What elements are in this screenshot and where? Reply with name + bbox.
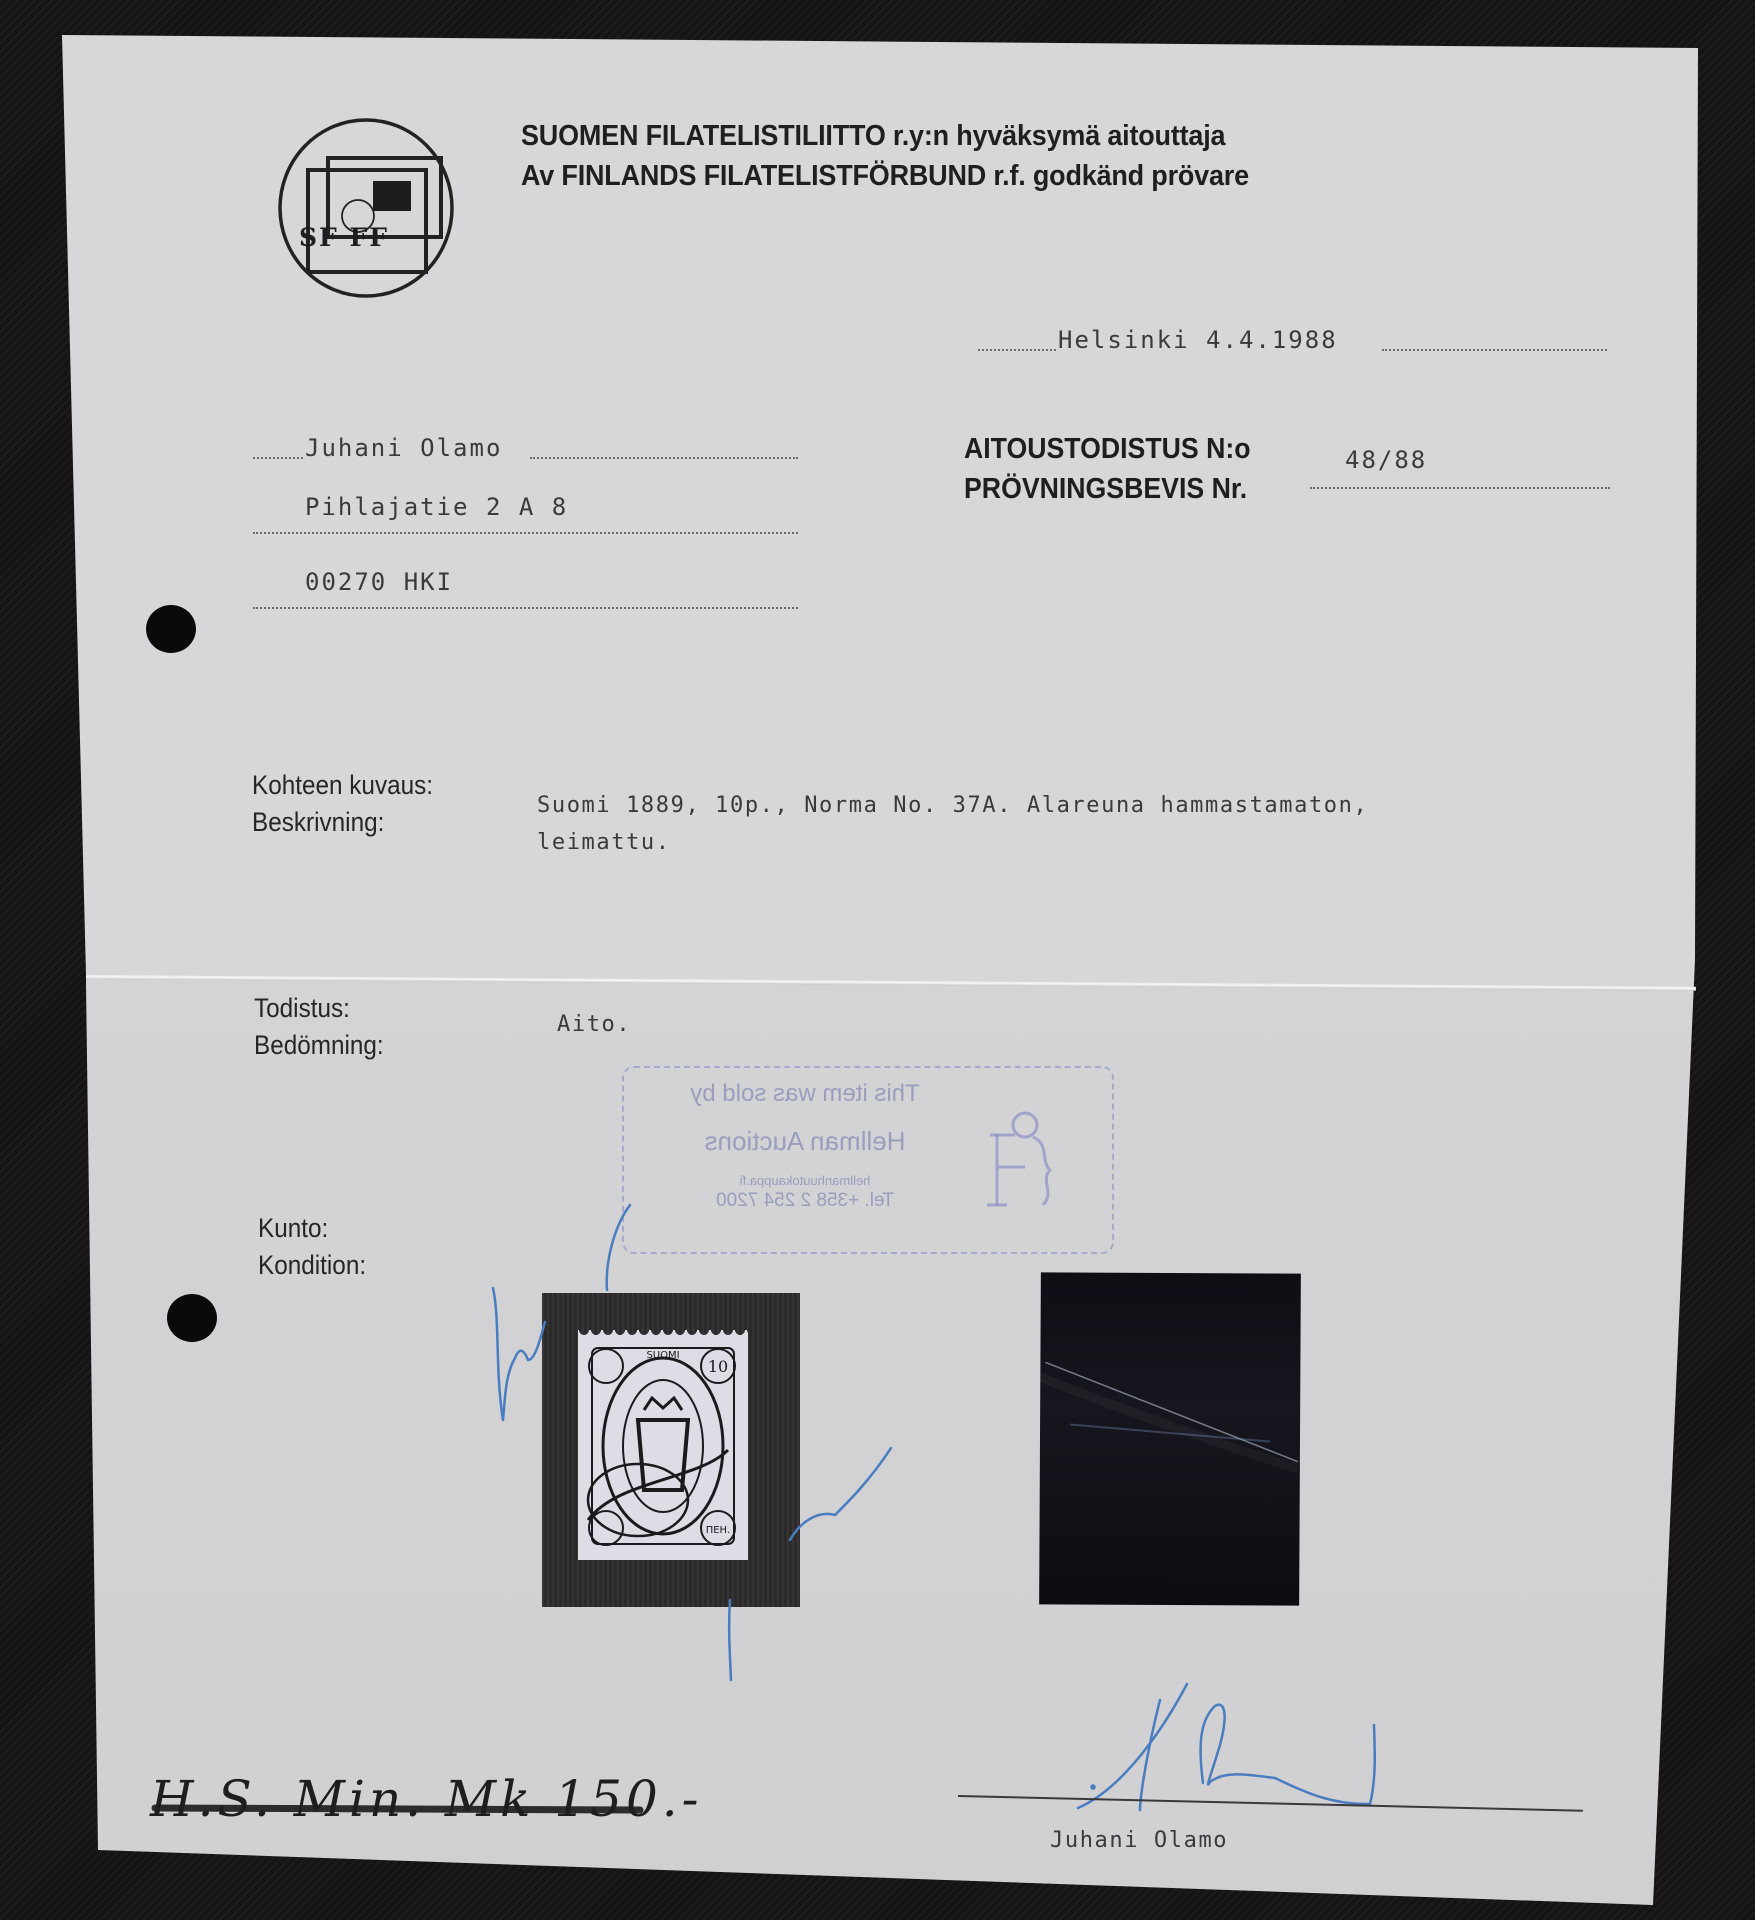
pen-mark (607, 1205, 630, 1290)
pen-mark (790, 1448, 891, 1540)
signature-stroke (1140, 1700, 1160, 1810)
ink-marks-layer (0, 0, 1755, 1920)
pen-mark (493, 1288, 545, 1420)
signature-stroke (1201, 1705, 1375, 1804)
signature-dot (1092, 1786, 1095, 1789)
signatory-name: Juhani Olamo (1050, 1828, 1228, 1853)
handwritten-price-note: H.S. Min. Mk 150.- (150, 1770, 703, 1828)
pen-mark (729, 1600, 731, 1680)
signature-stroke (1078, 1684, 1187, 1808)
